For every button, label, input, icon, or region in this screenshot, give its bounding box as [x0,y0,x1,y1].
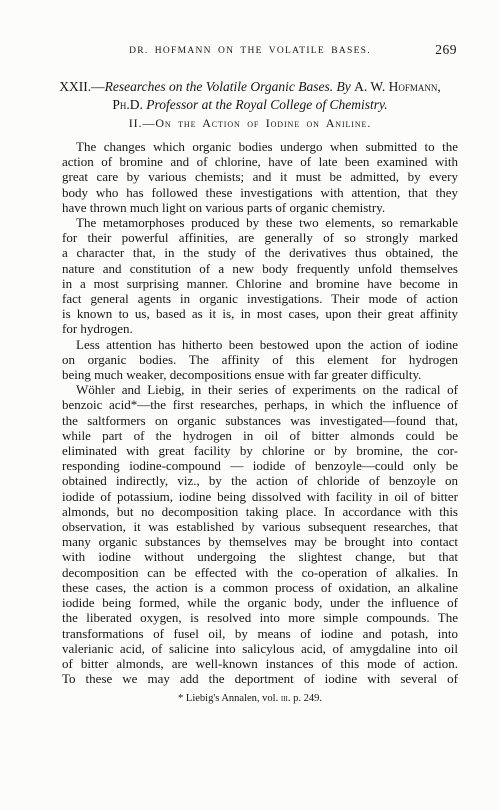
text-line: obtained indirectly, viz., by the action… [62,473,458,488]
text-line: The metamorphoses produced by these two … [62,215,458,230]
text-line: the saltformers on organic substances wa… [62,413,458,428]
paragraph: The changes which organic bodies undergo… [62,139,458,215]
title-numeral: XXII.— [59,79,104,94]
text-line: on organic bodies. The affinity of this … [62,352,458,367]
title-line-2: Ph.D. Professor at the Royal College of … [30,96,470,114]
text-line: valerianic acid, of salicine into salicy… [62,641,458,656]
text-line: the liberated oxygen, is resolved into m… [62,610,458,625]
text-line: these cases, the action is a common proc… [62,580,458,595]
text-line: is known to us, based as it is, in most … [62,306,458,321]
footnote: * Liebig's Annalen, vol. iii. p. 249. [0,693,500,704]
page-header: DR. HOFMANN ON THE VOLATILE BASES. 269 [0,46,500,56]
text-line: for their powerful affinities, are gener… [62,230,458,245]
footnote-volume: iii. [281,693,291,704]
footnote-reference: * Liebig's Annalen, vol. [178,693,278,704]
text-line: being much weaker, decompositions ensue … [62,367,458,382]
paragraph: Less attention has hitherto been bestowe… [62,337,458,383]
section-heading: II.—On the Action of Iodine on Aniline. [0,116,500,131]
text-line: of bitter almonds, are well-known instan… [62,656,458,671]
paragraph: Wöhler and Liebig, in their series of ex… [62,382,458,686]
text-line: great care by various chemists; and it m… [62,169,458,184]
title-main: Researches on the Volatile Organic Bases… [105,79,333,94]
title-by: By [336,79,350,94]
text-line: fact general agents in organic investiga… [62,291,458,306]
text-line: in a most surprising manner. Chlorine an… [62,276,458,291]
text-line: iodide of potassium, iodine being dissol… [62,489,458,504]
text-line: To these we may add the deportment of io… [62,671,458,686]
text-line: nature and constitution of a new body fr… [62,261,458,276]
paragraph: The metamorphoses produced by these two … [62,215,458,337]
body-text: The changes which organic bodies undergo… [62,139,458,686]
running-head: DR. HOFMANN ON THE VOLATILE BASES. [0,46,500,56]
text-line: decomposition can be effected with the c… [62,565,458,580]
text-line: responding iodine-compound — iodide of b… [62,458,458,473]
text-line: observation, it was established by vario… [62,519,458,534]
text-line: while part of the hydrogen in oil of bit… [62,428,458,443]
article-title: XXII.—Researches on the Volatile Organic… [30,78,470,113]
page-number: 269 [435,42,457,58]
text-line: with iodine without undergoing the sligh… [62,549,458,564]
page-container: DR. HOFMANN ON THE VOLATILE BASES. 269 X… [0,0,500,810]
text-line: action of bromine and of chlorine, have … [62,154,458,169]
text-line: Wöhler and Liebig, in their series of ex… [62,382,458,397]
text-line: have thrown much light on various parts … [62,200,458,215]
text-line: many organic substances by themselves ma… [62,534,458,549]
title-author: A. W. Hofmann, [354,79,441,94]
text-line: almonds, but no decomposition taking pla… [62,504,458,519]
text-line: benzoic acid*—the first researches, perh… [62,397,458,412]
text-line: for hydrogen. [62,321,458,336]
title-degree: Ph.D. [112,97,143,112]
title-line-1: XXII.—Researches on the Volatile Organic… [30,78,470,96]
text-line: transformations of fusel oil, by means o… [62,626,458,641]
text-line: The changes which organic bodies undergo… [62,139,458,154]
footnote-page-ref: p. 249. [293,693,322,704]
title-affiliation: Professor at the Royal College of Chemis… [146,97,387,112]
text-line: body who has followed these investigatio… [62,185,458,200]
text-line: iodide being formed, while the organic b… [62,595,458,610]
text-line: a character that, in the study of the de… [62,245,458,260]
text-line: eliminated with great facility by chlori… [62,443,458,458]
text-line: Less attention has hitherto been bestowe… [62,337,458,352]
